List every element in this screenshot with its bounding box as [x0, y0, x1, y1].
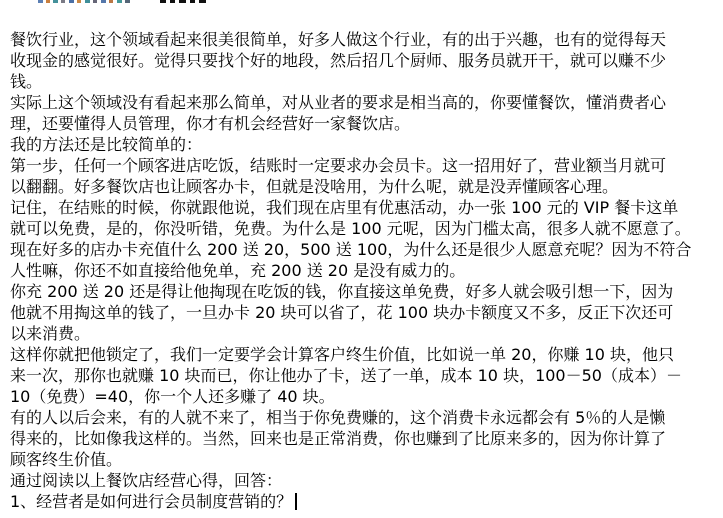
truncated-text-fragment [93, 0, 97, 3]
text-line: 我的方法还是比较简单的： [10, 134, 717, 155]
truncated-text-fragment [38, 0, 43, 3]
text-line: 就可以免费，是的，你没听错，免费。为什么是 100 元呢，因为门槛太高，很多人就… [10, 218, 717, 239]
truncated-text-fragment [170, 0, 175, 3]
truncated-text-fragment [117, 0, 122, 3]
text-line: 来一次，那你也就赚 10 块而已，你让他办了卡，送了一单，成本 10 块，100… [10, 365, 717, 386]
text-line: 他就不用掏这单的钱了，一旦办卡 20 块可以省了，花 100 块办卡额度又不多，… [10, 302, 717, 323]
text-line: 钱。 [10, 71, 717, 92]
text-line: 1、经营者是如何进行会员制度营销的？ [10, 491, 717, 512]
truncated-text-fragment [69, 0, 74, 3]
truncated-text-fragment [179, 0, 186, 3]
text-line: 以来消费。 [10, 323, 717, 344]
text-line: 有的人以后会来，有的人就不来了，相当于你免费赚的，这个消费卡永远都会有 5％的人… [10, 407, 717, 428]
truncated-text-fragment [160, 0, 166, 3]
text-line: 10（免费）=40，你一个人还多赚了 40 块。 [10, 386, 717, 407]
document-text-area[interactable]: 餐饮行业，这个领域看起来很美很简单，好多人做这个行业，有的出于兴趣，也有的觉得每… [10, 29, 717, 512]
text-line: 餐饮行业，这个领域看起来很美很简单，好多人做这个行业，有的出于兴趣，也有的觉得每… [10, 29, 717, 50]
text-cursor [295, 493, 297, 510]
truncated-text-fragment [199, 0, 206, 3]
truncated-text-fragment [125, 0, 130, 3]
text-line: 以翻翻。好多餐饮店也让顾客办卡，但就是没啥用，为什么呢，就是没弄懂顾客心理。 [10, 176, 717, 197]
text-line: 顾客终生价值。 [10, 449, 717, 470]
truncated-text-fragment [61, 0, 65, 3]
text-line: 现在好多的店办卡充值什么 200 送 20，500 送 100，为什么还是很少人… [10, 239, 717, 260]
truncated-text-fragment [85, 0, 90, 3]
text-line: 你充 200 送 20 还是得让他掏现在吃饭的钱，你直接这单免费，好多人就会吸引… [10, 281, 717, 302]
text-line: 收现金的感觉很好。觉得只要找个好的地段，然后招几个厨师、服务员就开干，就可以赚不… [10, 50, 717, 71]
text-line: 实际上这个领域没有看起来那么简单，对从业者的要求是相当高的，你要懂餐饮，懂消费者… [10, 92, 717, 113]
text-line: 得来的，比如像我这样的。当然，回来也是正常消费，你也赚到了比原来多的，因为你计算… [10, 428, 717, 449]
text-line: 记住，在结账的时候，你就跟他说，我们现在店里有优惠活动，办一张 100 元的 V… [10, 197, 717, 218]
truncated-text-fragment [46, 0, 50, 3]
truncated-text-fragment [190, 0, 195, 3]
truncated-text-fragment [109, 0, 113, 3]
text-line: 通过阅读以上餐饮店经营心得，回答： [10, 470, 717, 491]
text-line: 人性嘛，你还不如直接给他免单，充 200 送 20 是没有威力的。 [10, 260, 717, 281]
truncated-text-fragment [101, 0, 106, 3]
document-page: 餐饮行业，这个领域看起来很美很简单，好多人做这个行业，有的出于兴趣，也有的觉得每… [0, 0, 723, 518]
text-line: 第一步，任何一个顾客进店吃饭，结账时一定要求办会员卡。这一招用好了，营业额当月就… [10, 155, 717, 176]
truncated-top-line [0, 0, 723, 4]
text-line: 理，还要懂得人员管理，你才有机会经营好一家餐饮店。 [10, 113, 717, 134]
truncated-text-fragment [77, 0, 81, 3]
truncated-text-fragment [53, 0, 58, 3]
text-line: 这样你就把他锁定了，我们一定要学会计算客户终生价值，比如说一单 20，你赚 10… [10, 344, 717, 365]
